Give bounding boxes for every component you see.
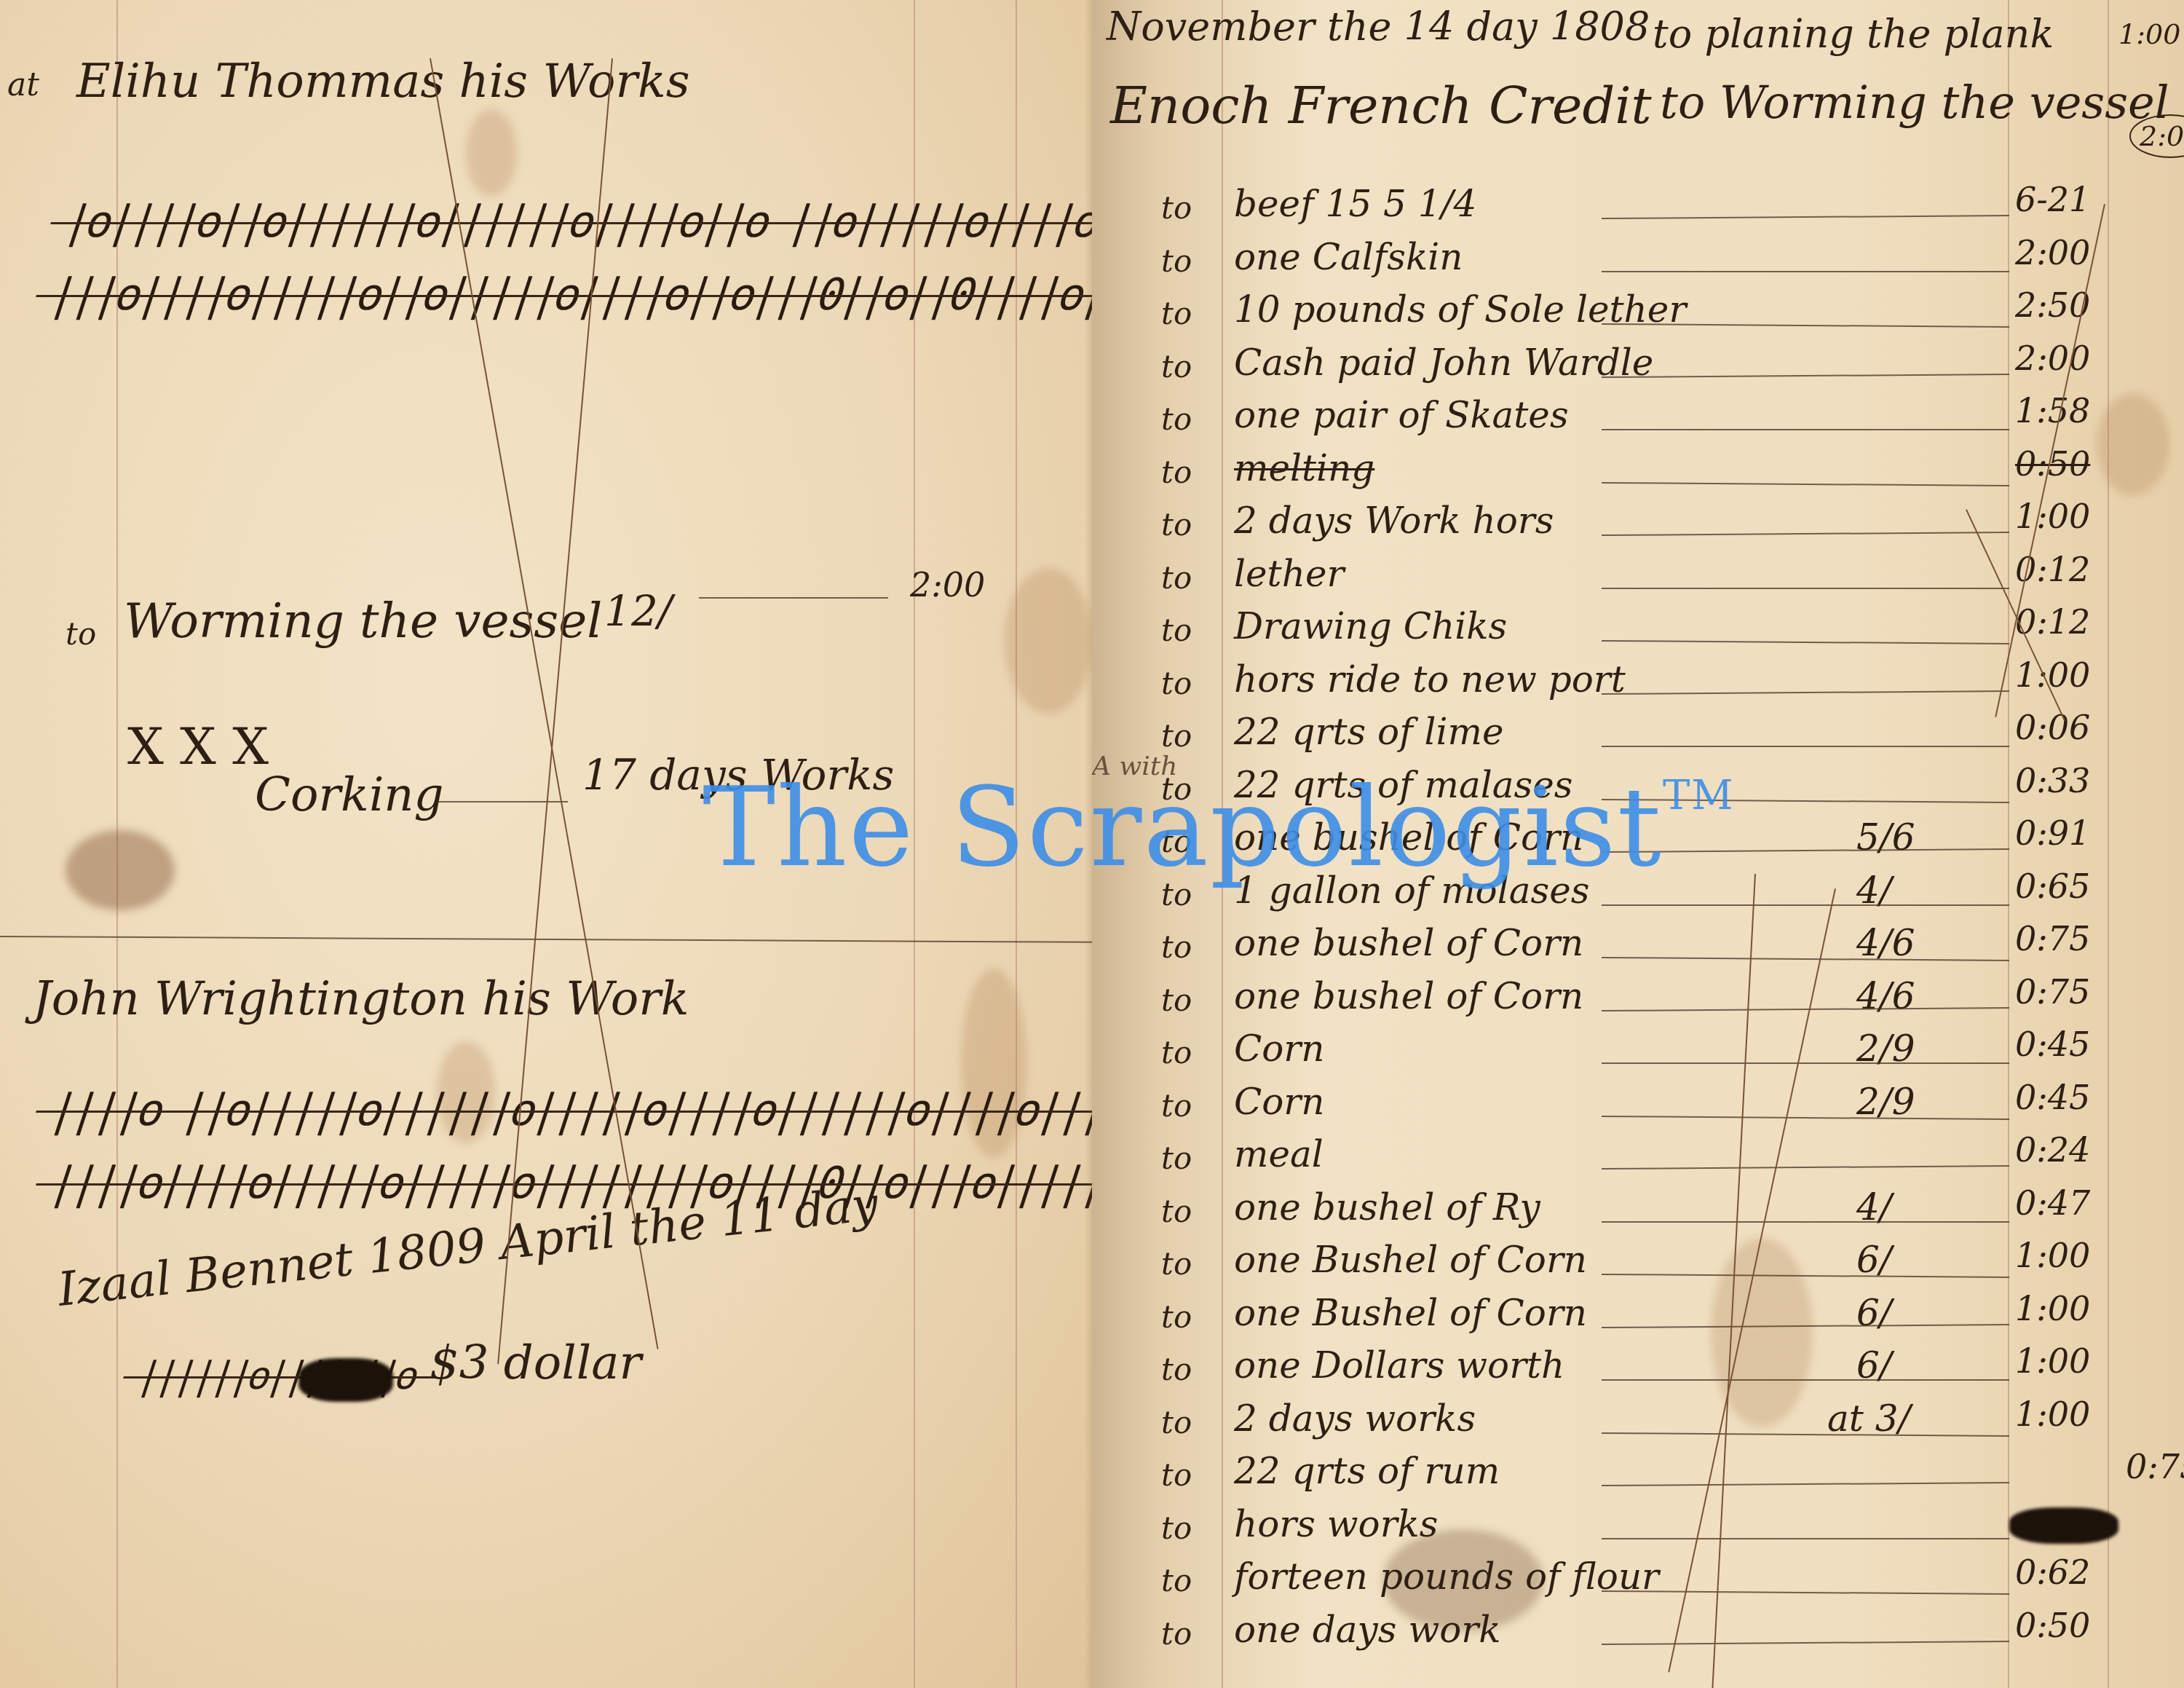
entry-price: 12/ (604, 590, 672, 632)
heading-elihu-thommas: Elihu Thommas his Works (76, 58, 690, 105)
row-description: 22 qrts of rum (1234, 1453, 1500, 1489)
row-leader-line (1602, 640, 2009, 644)
heading-john-wrightington: John Wrightington his Work (33, 976, 689, 1022)
row-to-label: to (1161, 1354, 1192, 1385)
row-description: 2 days works (1234, 1400, 1476, 1437)
row-amount: 1:00 (2015, 500, 2090, 533)
row-to-label: to (1161, 1566, 1192, 1596)
row-description: 2 days Work hors (1234, 502, 1554, 539)
cross-marks: X X X (127, 721, 269, 772)
ink-blot (298, 1358, 393, 1402)
row-description: forteen pounds of flour (1234, 1558, 1659, 1595)
row-to-label: to (1161, 299, 1192, 329)
row-description: 22 qrts of lime (1234, 714, 1504, 750)
ink-blot (2009, 1507, 2118, 1544)
row-amount: 1:00 (2015, 1239, 2090, 1272)
header-note: to planing the plank (1653, 15, 2054, 54)
row-amount: 1:58 (2015, 394, 2090, 427)
row-to-label: to (1161, 1460, 1192, 1491)
row-amount: 2:00 (2015, 236, 2090, 269)
header-note: to Worming the vessel (1660, 80, 2169, 125)
row-description: Drawing Chiks (1234, 608, 1507, 644)
entry-amount: 2:00 (910, 568, 985, 602)
row-amount: 1:00 (2015, 1292, 2090, 1325)
row-leader-line (1602, 429, 2009, 430)
row-amount: 0:24 (2015, 1133, 2090, 1167)
row-amount: 0:33 (2015, 764, 2090, 797)
row-price: 4/ (1856, 1189, 1892, 1226)
row-amount: 0:75 (2126, 1450, 2184, 1483)
row-price: 4/6 (1856, 925, 1915, 961)
row-amount: 1:00 (2015, 1397, 2090, 1431)
row-description: Cash paid John Wardle (1234, 344, 1653, 381)
row-to-label: to (1161, 1619, 1192, 1649)
row-to-label: to (1161, 721, 1192, 752)
row-description: meal (1234, 1136, 1324, 1172)
watermark-text: The Scrapologist (703, 765, 1663, 891)
row-leader-line (1602, 374, 2009, 378)
row-leader-line (1602, 1379, 2009, 1381)
watermark-trademark: TM (1663, 772, 1735, 819)
row-leader-line (1602, 1062, 2009, 1064)
row-leader-line (1602, 215, 2009, 219)
row-amount: 0:65 (2015, 869, 2090, 903)
row-leader-line (1602, 1165, 2009, 1170)
row-amount: 2:00 (2015, 342, 2090, 375)
row-description: Corn (1234, 1084, 1324, 1120)
row-to-label: to (1161, 457, 1192, 488)
stain (66, 830, 175, 910)
entry-desc: Corking (255, 772, 444, 819)
tally-row: |o||||o||o||||||o||||||o||||o||o ||o||||… (58, 197, 1092, 248)
row-amount: 0:91 (2015, 816, 2090, 850)
stain (2097, 393, 2169, 495)
header-note-amount: 2:00 (2129, 122, 2184, 150)
row-amount: 0:45 (2015, 1081, 2090, 1114)
row-to-label: to (1161, 615, 1192, 646)
row-amount: 0:62 (2015, 1555, 2090, 1589)
cancel-line (430, 58, 659, 1349)
row-leader-line (1602, 482, 2009, 486)
row-amount: 2:50 (2015, 288, 2090, 322)
row-description: one Dollars worth (1234, 1347, 1564, 1384)
row-amount: 0:06 (2015, 711, 2090, 744)
header-note-amount: 1:00 (2118, 20, 2180, 48)
watermark: The ScrapologistTM (703, 765, 1735, 891)
tally-row: ||||o||||o|||||o|||||o||||||||o||||0||o|… (43, 1158, 1092, 1209)
row-price: at 3/ (1827, 1400, 1910, 1437)
row-price: 6/ (1856, 1242, 1892, 1278)
stain (1005, 568, 1092, 714)
row-to-label: to (1161, 669, 1192, 699)
account-name: Enoch French Credit (1110, 80, 1652, 131)
entry-to: to (66, 619, 96, 650)
row-to-label: to (1161, 985, 1192, 1016)
row-leader-line (1602, 1482, 2009, 1486)
tally-row: ||||o ||o|||||o||||||o|||||o||||o||||||o… (43, 1085, 1092, 1136)
row-leader-line (1602, 746, 2009, 747)
row-leader-line (1602, 1590, 2009, 1595)
entry-desc: Worming the vessel (124, 597, 602, 645)
row-description: one Bushel of Corn (1234, 1242, 1587, 1278)
row-to-label: to (1161, 352, 1192, 382)
row-price: 2/9 (1856, 1084, 1915, 1120)
row-description: one days work (1234, 1612, 1501, 1648)
row-description: one pair of Skates (1234, 397, 1569, 433)
header-date: November the 14 day 1808 (1107, 7, 1650, 47)
row-description: hors ride to new port (1234, 661, 1626, 698)
margin-note: at (7, 69, 39, 101)
row-leader-line (1602, 1641, 2009, 1645)
row-description: lether (1234, 556, 1344, 592)
row-price: 4/ (1856, 872, 1892, 909)
row-description: one bushel of Corn (1234, 978, 1583, 1014)
row-description: one Bushel of Corn (1234, 1295, 1587, 1331)
row-leader-line (1602, 1116, 2009, 1120)
row-to-label: to (1161, 1091, 1192, 1121)
column-rule (2108, 0, 2109, 1688)
row-to-label: to (1161, 1408, 1192, 1438)
row-to-label: to (1161, 1513, 1192, 1544)
tally-row: |||o||||o|||||o||o|||||o||||o||o|||0||o|… (43, 269, 1092, 320)
row-amount: 0:75 (2015, 922, 2090, 955)
row-leader-line (1602, 532, 2009, 536)
row-amount: 0:45 (2015, 1028, 2090, 1061)
row-to-label: to (1161, 193, 1192, 224)
cancel-line (1668, 888, 1836, 1672)
row-leader-line (1602, 271, 2009, 272)
row-to-label: to (1161, 1302, 1192, 1333)
row-amount: 0:50 (2015, 447, 2090, 481)
row-amount: 6-21 (2015, 183, 2090, 216)
row-to-label: to (1161, 932, 1192, 963)
row-leader-line (1602, 1432, 2009, 1437)
row-amount: 0:50 (2015, 1609, 2090, 1642)
row-amount: 1:00 (2015, 658, 2090, 692)
stain (466, 109, 517, 197)
leader-line (437, 801, 568, 802)
row-leader-line (1602, 957, 2009, 961)
row-description: Corn (1234, 1030, 1324, 1067)
row-description: one bushel of Ry (1234, 1189, 1540, 1226)
row-to-label: to (1161, 1038, 1192, 1068)
row-description: hors works (1234, 1506, 1439, 1542)
row-description: beef 15 5 1/4 (1234, 186, 1476, 222)
row-leader-line (1602, 1221, 2009, 1223)
row-to-label: to (1161, 563, 1192, 593)
leader-line (699, 597, 888, 599)
row-description: melting (1234, 450, 1374, 486)
row-to-label: to (1161, 1196, 1192, 1227)
row-price: 6/ (1856, 1347, 1892, 1384)
row-amount: 1:00 (2015, 1344, 2090, 1378)
section-divider (0, 936, 1092, 943)
row-to-label: to (1161, 246, 1192, 277)
row-description: 10 pounds of Sole lether (1234, 291, 1686, 328)
row-description: one Calfskin (1234, 239, 1463, 275)
row-leader-line (1602, 1274, 2009, 1278)
row-amount: 0:12 (2015, 605, 2090, 639)
row-amount: 0:47 (2015, 1186, 2090, 1220)
row-to-label: to (1161, 510, 1192, 540)
row-leader-line (1602, 1538, 2009, 1539)
row-leader-line (1602, 690, 2009, 695)
row-to-label: to (1161, 404, 1192, 435)
row-leader-line (1602, 1007, 2009, 1011)
row-price: 2/9 (1856, 1030, 1915, 1067)
row-leader-line (1602, 904, 2009, 906)
entry-amount: $3 dollar (430, 1340, 641, 1387)
row-description: one bushel of Corn (1234, 925, 1583, 961)
row-to-label: to (1161, 1249, 1192, 1279)
row-leader-line (1602, 588, 2009, 589)
row-to-label: to (1161, 1143, 1192, 1174)
row-amount: 0:75 (2015, 975, 2090, 1009)
